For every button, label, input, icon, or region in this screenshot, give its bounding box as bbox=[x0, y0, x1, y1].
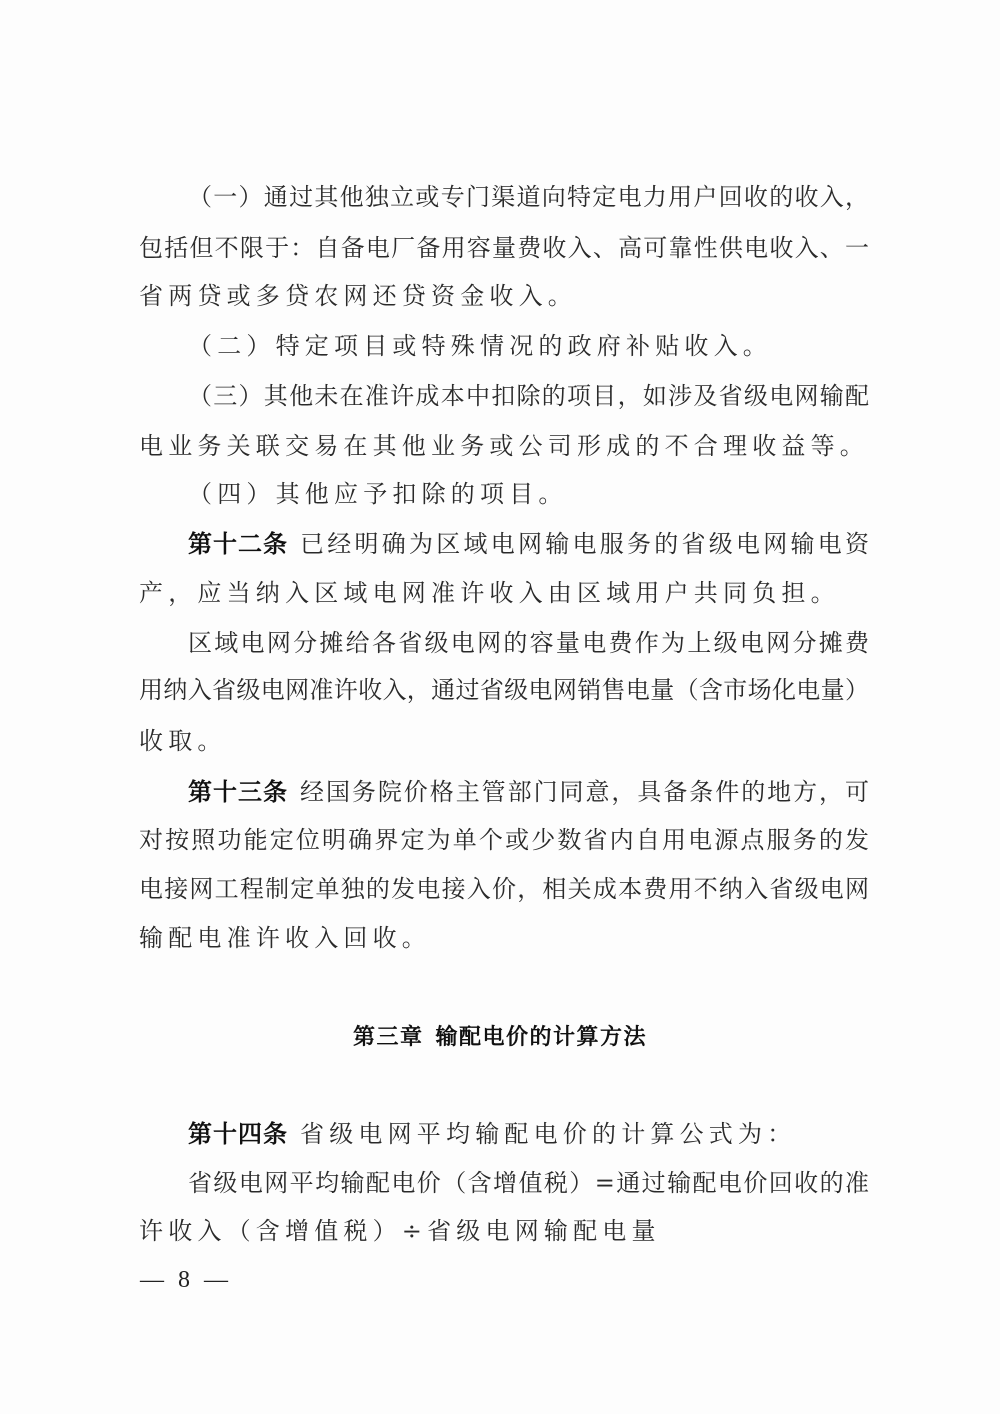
formula-line-2: 许收入（含增值税）÷省级电网输配电量 bbox=[139, 1214, 869, 1248]
article-12-line-1: 第十二条 已经明确为区域电网输电服务的省级电网输电资 bbox=[188, 527, 869, 561]
article-14-line-1: 第十四条 省级电网平均输配电价的计算公式为： bbox=[188, 1117, 869, 1151]
item-2-line-1: （二）特定项目或特殊情况的政府补贴收入。 bbox=[188, 329, 869, 363]
item-3-line-1: （三）其他未在准许成本中扣除的项目，如涉及省级电网输配 bbox=[188, 379, 869, 413]
article-12-label: 第十二条 bbox=[188, 527, 288, 561]
item-1-line-1: （一）通过其他独立或专门渠道向特定电力用户回收的收入， bbox=[188, 180, 869, 214]
item-3-line-2: 电业务关联交易在其他业务或公司形成的不合理收益等。 bbox=[139, 429, 869, 463]
article-12-p2-line-2: 用纳入省级电网准许收入，通过省级电网销售电量（含市场化电量） bbox=[139, 673, 869, 707]
article-14-label: 第十四条 bbox=[188, 1117, 288, 1151]
page-number: — 8 — bbox=[140, 1264, 232, 1296]
article-12-line-2: 产，应当纳入区域电网准许收入由区域用户共同负担。 bbox=[139, 576, 869, 610]
formula-line-1: 省级电网平均输配电价（含增值税）=通过输配电价回收的准 bbox=[188, 1166, 869, 1200]
item-1-line-2: 包括但不限于：自备电厂备用容量费收入、高可靠性供电收入、一 bbox=[139, 231, 869, 265]
article-13-line-4: 输配电准许收入回收。 bbox=[139, 921, 869, 955]
article-12-p2-line-3: 收取。 bbox=[139, 724, 869, 758]
item-4-line-1: （四）其他应予扣除的项目。 bbox=[188, 477, 869, 511]
article-12-p2-line-1: 区域电网分摊给各省级电网的容量电费作为上级电网分摊费 bbox=[188, 626, 869, 660]
article-13-line-2: 对按照功能定位明确界定为单个或少数省内自用电源点服务的发 bbox=[139, 823, 869, 857]
article-13-label: 第十三条 bbox=[188, 775, 288, 809]
chapter-number: 第三章 bbox=[353, 1025, 424, 1050]
document-page: （一）通过其他独立或专门渠道向特定电力用户回收的收入， 包括但不限于：自备电厂备… bbox=[0, 0, 1000, 1414]
article-14-text-1: 省级电网平均输配电价的计算公式为： bbox=[300, 1117, 796, 1151]
article-13-line-3: 电接网工程制定单独的发电接入价，相关成本费用不纳入省级电网 bbox=[139, 872, 869, 906]
article-13-text-1: 经国务院价格主管部门同意，具备条件的地方，可 bbox=[300, 775, 869, 809]
chapter-title: 输配电价的计算方法 bbox=[436, 1025, 648, 1050]
item-1-line-3: 省两贷或多贷农网还贷资金收入。 bbox=[139, 279, 869, 313]
article-12-text-1: 已经明确为区域电网输电服务的省级电网输电资 bbox=[300, 527, 869, 561]
chapter-heading: 第三章输配电价的计算方法 bbox=[0, 1020, 1000, 1056]
article-13-line-1: 第十三条 经国务院价格主管部门同意，具备条件的地方，可 bbox=[188, 775, 869, 809]
